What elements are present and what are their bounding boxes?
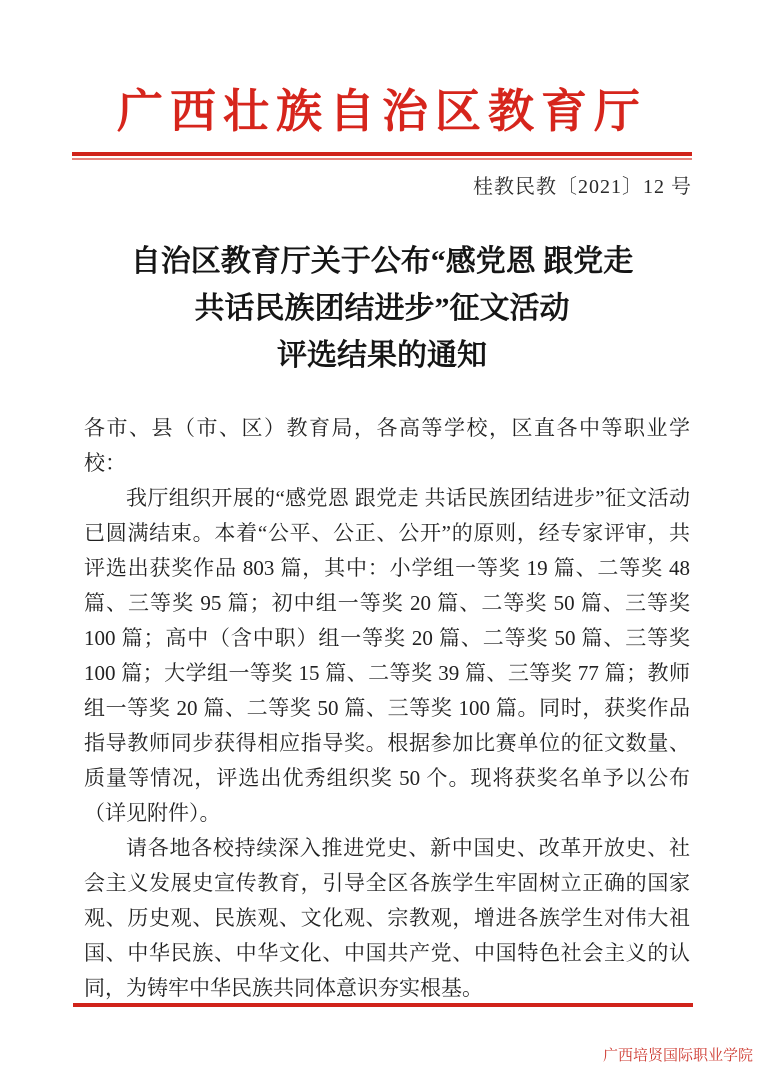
document-page: 广西壮族自治区教育厅 桂教民教〔2021〕12 号 自治区教育厅关于公布“感党恩… [0, 0, 764, 1080]
letterhead-rule-thin [72, 158, 692, 160]
letterhead-rule [72, 152, 692, 160]
notice-body: 各市、县（市、区）教育局，各高等学校，区直各中等职业学校： 我厅组织开展的“感党… [84, 411, 690, 1006]
salutation-line: 各市、县（市、区）教育局，各高等学校，区直各中等职业学校： [84, 411, 690, 481]
letterhead-agency-name: 广西壮族自治区教育厅 [72, 0, 692, 136]
notice-title-line-1: 自治区教育厅关于公布“感党恩 跟党走 [52, 238, 712, 285]
notice-title: 自治区教育厅关于公布“感党恩 跟党走 共话民族团结进步”征文活动 评选结果的通知 [52, 238, 712, 379]
document-number: 桂教民教〔2021〕12 号 [72, 174, 692, 200]
notice-title-line-3: 评选结果的通知 [52, 332, 712, 379]
body-paragraph-guidance: 请各地各校持续深入推进党史、新中国史、改革开放史、社会主义发展史宣传教育，引导全… [84, 831, 690, 1006]
body-paragraph-results: 我厅组织开展的“感党恩 跟党走 共话民族团结进步”征文活动已圆满结束。本着“公平… [84, 481, 690, 831]
watermark-college-name: 广西培贤国际职业学院 [603, 1046, 753, 1066]
footer-rule [73, 1003, 693, 1007]
notice-title-line-2: 共话民族团结进步”征文活动 [52, 285, 712, 332]
